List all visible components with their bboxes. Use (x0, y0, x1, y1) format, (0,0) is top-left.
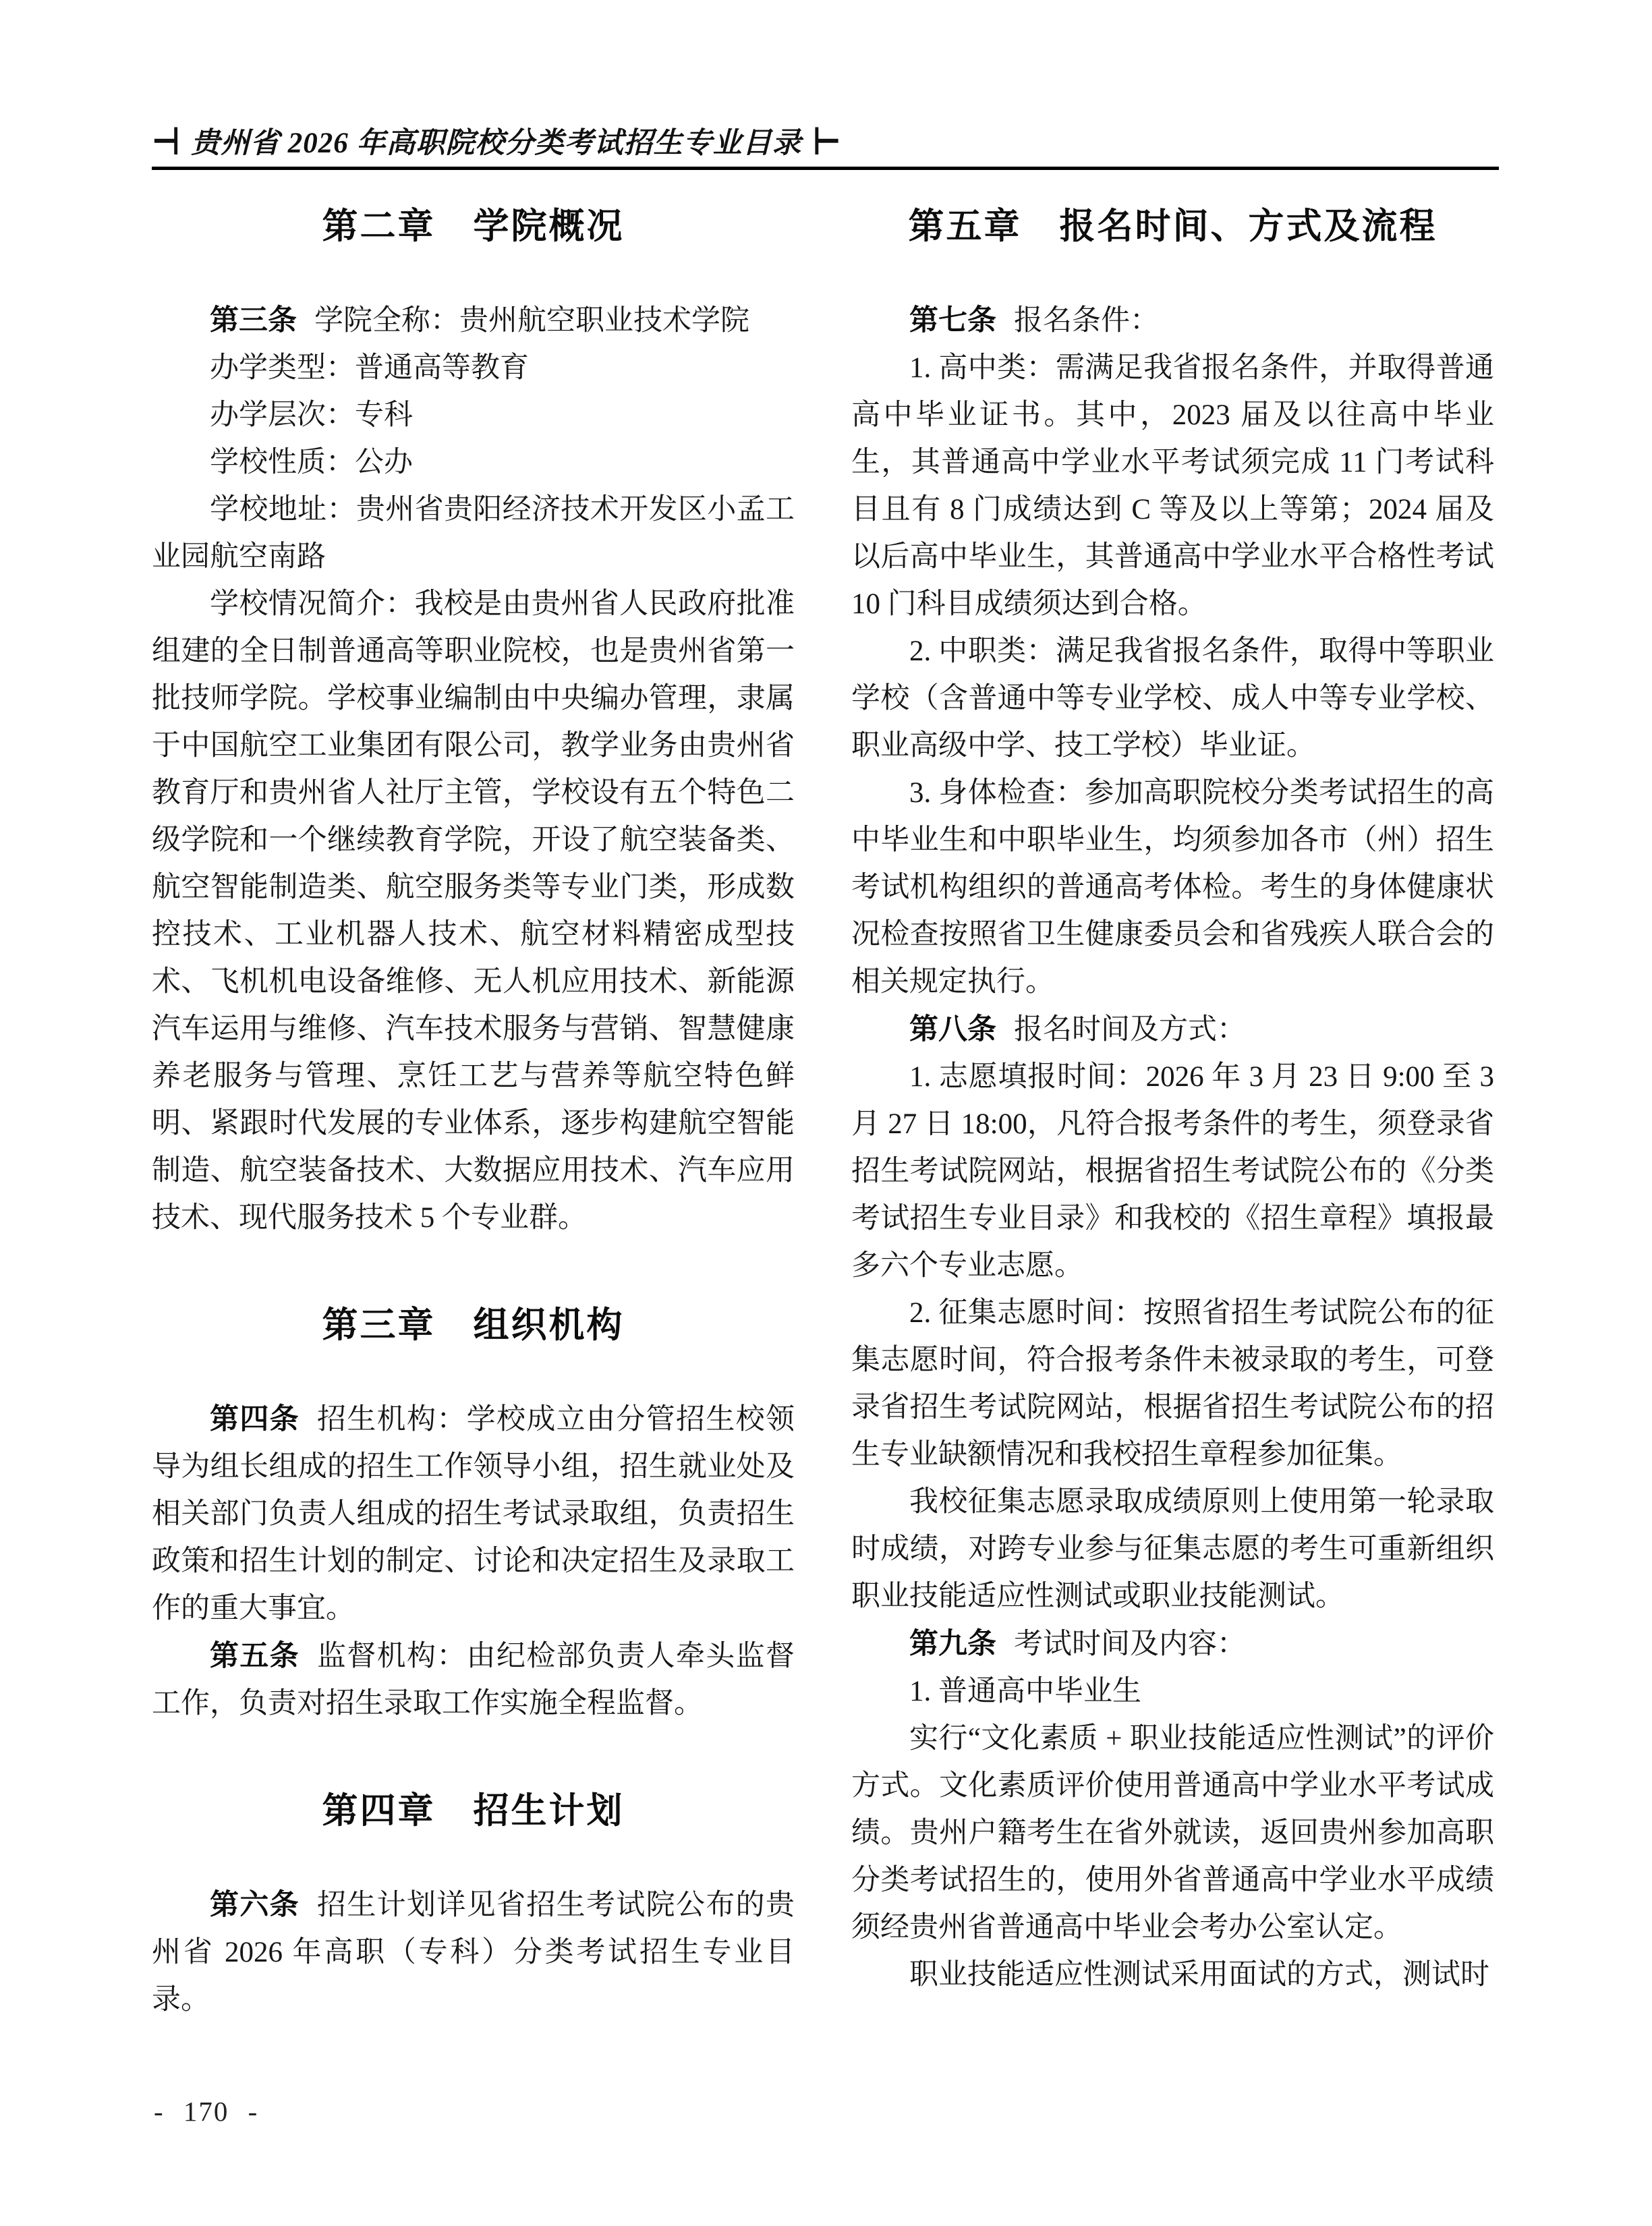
right-column: 第五章 报名时间、方式及流程 第七条报名条件： 1. 高中类：需满足我省报名条件… (851, 197, 1494, 1999)
paragraph-text: 学校地址：贵州省贵阳经济技术开发区小孟工业园航空南路 (152, 494, 795, 573)
paragraph: 我校征集志愿录取成绩原则上使用第一轮录取时成绩，对跨专业参与征集志愿的考生可重新… (851, 1479, 1494, 1620)
chapter-heading-2: 第二章 学院概况 (152, 201, 795, 252)
two-column-body: 第二章 学院概况 第三条学院全称：贵州航空职业技术学院 办学类型：普通高等教育 … (152, 197, 1494, 2024)
paragraph-text: 2. 中职类：满足我省报名条件，取得中等职业学校（含普通中等专业学校、成人中等专… (851, 635, 1494, 762)
article-label: 第三条 (210, 304, 297, 337)
chapter-heading-4: 第四章 招生计划 (152, 1786, 795, 1837)
article-label: 第八条 (909, 1013, 996, 1046)
paragraph: 2. 中职类：满足我省报名条件，取得中等职业学校（含普通中等专业学校、成人中等专… (851, 628, 1494, 770)
left-column: 第二章 学院概况 第三条学院全称：贵州航空职业技术学院 办学类型：普通高等教育 … (152, 197, 795, 2024)
page-header-title: 贵州省 2026 年高职院校分类考试招生专业目录 (191, 120, 802, 161)
paragraph-text: 1. 志愿填报时间：2026 年 3 月 23 日 9:00 至 3 月 27 … (851, 1061, 1494, 1282)
paragraph: 办学类型：普通高等教育 (152, 345, 795, 392)
paragraph: 第九条考试时间及内容： (851, 1620, 1494, 1668)
paragraph: 第四条招生机构：学校成立由分管招生校领导为组长组成的招生工作领导小组，招生就业处… (152, 1396, 795, 1632)
paragraph-text: 报名时间及方式： (1014, 1014, 1246, 1046)
paragraph: 第六条招生计划详见省招生考试院公布的贵州省 2026 年高职（专科）分类考试招生… (152, 1881, 795, 2024)
paragraph-text: 考试时间及内容： (1014, 1628, 1246, 1660)
article-label: 第七条 (909, 304, 996, 337)
article-label: 第九条 (909, 1628, 996, 1660)
paragraph: 学校性质：公办 (152, 439, 795, 486)
paragraph-text: 办学层次：专科 (210, 399, 413, 431)
paragraph: 第八条报名时间及方式： (851, 1006, 1494, 1054)
paragraph-text: 我校征集志愿录取成绩原则上使用第一轮录取时成绩，对跨专业参与征集志愿的考生可重新… (851, 1486, 1494, 1612)
paragraph: 第三条学院全称：贵州航空职业技术学院 (152, 297, 795, 345)
article-label: 第四条 (210, 1403, 300, 1435)
paragraph-text: 1. 高中类：需满足我省报名条件，并取得普通高中毕业证书。其中，2023 届及以… (851, 352, 1494, 620)
paragraph-text: 2. 征集志愿时间：按照省招生考试院公布的征集志愿时间，符合报考条件未被录取的考… (851, 1297, 1494, 1471)
header-rule (152, 167, 1499, 170)
paragraph: 实行“文化素质 + 职业技能适应性测试”的评价方式。文化素质评价使用普通高中学业… (851, 1715, 1494, 1951)
paragraph-text: 招生机构：学校成立由分管招生校领导为组长组成的招生工作领导小组，招生就业处及相关… (152, 1404, 795, 1624)
paragraph: 学校情况简介：我校是由贵州省人民政府批准组建的全日制普通高等职业院校，也是贵州省… (152, 581, 795, 1242)
paragraph-text: 学校情况简介：我校是由贵州省人民政府批准组建的全日制普通高等职业院校，也是贵州省… (152, 588, 795, 1234)
paragraph-text: 职业技能适应性测试采用面试的方式，测试时 (909, 1959, 1489, 1991)
page-number: - 170 - (154, 2095, 258, 2128)
paragraph-text: 办学类型：普通高等教育 (210, 352, 529, 384)
paragraph: 1. 志愿填报时间：2026 年 3 月 23 日 9:00 至 3 月 27 … (851, 1054, 1494, 1290)
article-label: 第五条 (210, 1640, 300, 1672)
paragraph: 1. 高中类：需满足我省报名条件，并取得普通高中毕业证书。其中，2023 届及以… (851, 345, 1494, 628)
paragraph-text: 学院全称：贵州航空职业技术学院 (314, 305, 749, 337)
page-header: ⊣ 贵州省 2026 年高职院校分类考试招生专业目录 ⊢ (152, 120, 841, 161)
document-page: ⊣ 贵州省 2026 年高职院校分类考试招生专业目录 ⊢ 第二章 学院概况 第三… (0, 0, 1652, 2226)
paragraph-text: 3. 身体检查：参加高职院校分类考试招生的高中毕业生和中职毕业生，均须参加各市（… (851, 777, 1494, 998)
paragraph-text: 1. 普通高中毕业生 (909, 1676, 1141, 1707)
paragraph: 1. 普通高中毕业生 (851, 1668, 1494, 1715)
chapter-heading-3: 第三章 组织机构 (152, 1300, 795, 1351)
paragraph: 第七条报名条件： (851, 297, 1494, 345)
header-tick-left-icon: ⊣ (152, 121, 180, 161)
paragraph: 职业技能适应性测试采用面试的方式，测试时 (851, 1951, 1494, 1999)
paragraph-text: 报名条件： (1014, 305, 1159, 337)
paragraph: 学校地址：贵州省贵阳经济技术开发区小孟工业园航空南路 (152, 486, 795, 581)
article-label: 第六条 (210, 1889, 300, 1921)
paragraph-text: 学校性质：公办 (210, 447, 413, 478)
paragraph: 3. 身体检查：参加高职院校分类考试招生的高中毕业生和中职毕业生，均须参加各市（… (851, 770, 1494, 1006)
paragraph-text: 实行“文化素质 + 职业技能适应性测试”的评价方式。文化素质评价使用普通高中学业… (851, 1723, 1494, 1943)
paragraph: 办学层次：专科 (152, 392, 795, 439)
paragraph: 2. 征集志愿时间：按照省招生考试院公布的征集志愿时间，符合报考条件未被录取的考… (851, 1290, 1494, 1479)
chapter-heading-5: 第五章 报名时间、方式及流程 (851, 201, 1494, 252)
paragraph: 第五条监督机构：由纪检部负责人牵头监督工作，负责对招生录取工作实施全程监督。 (152, 1632, 795, 1728)
header-tick-right-icon: ⊢ (813, 121, 841, 161)
